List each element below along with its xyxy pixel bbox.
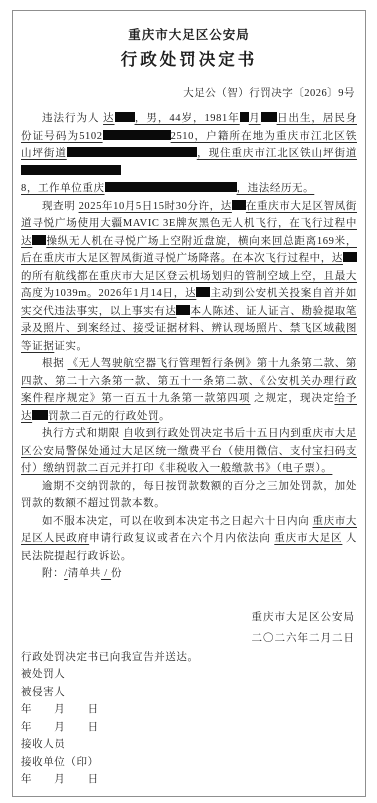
- signature-block: 重庆市大足区公安局 二〇二六年二月二日: [21, 607, 357, 649]
- paragraph-late-penalty: 逾期不交纳罚款的，每日按罚款数额的百分之三加处罚款，加处罚款的数额不超过罚款本数…: [21, 478, 357, 513]
- paragraph-offender-info: 违法行为人 达，男，44岁，1981年月日出生，居民身份证号码为51022510…: [21, 110, 357, 180]
- paragraph-attachment: 附：/清单共 / 份: [21, 565, 357, 583]
- text-segment: 逾期不交纳罚款的，每日按罚款数额的百分之三加处罚款，加处罚款的数额不超过罚款本数…: [21, 481, 357, 510]
- text-segment: 份: [111, 568, 122, 579]
- redaction-bar: [105, 147, 197, 157]
- redaction-bar: [232, 200, 246, 210]
- text-segment: 月: [249, 113, 261, 124]
- date-blank-receiver: 年 月 日: [21, 771, 357, 789]
- paragraph-legal-basis: 根据 《无人驾驶航空器飞行管理暂行条例》第十九条第二款、第四款、第二十六条第一款…: [21, 355, 357, 425]
- text-segment: 。: [159, 411, 170, 422]
- redaction-bar: [103, 130, 171, 140]
- date-blank-punished: 年 月 日: [21, 701, 357, 719]
- redaction-bar: [67, 147, 105, 157]
- attachment-label: 附：: [42, 568, 64, 579]
- redaction-bar: [32, 410, 48, 420]
- delivery-statement: 行政处罚决定书已向我宣告并送达。: [21, 649, 357, 667]
- document-page: 重庆市大足区公安局 行政处罚决定书 大足公（智）行罚决字〔2026〕9号 违法行…: [12, 10, 366, 797]
- delivery-section: 行政处罚决定书已向我宣告并送达。 被处罚人 被侵害人 年 月 日 年 月 日 接…: [21, 649, 357, 789]
- text-segment: ，男，44岁，1981年: [135, 113, 240, 124]
- receiver-label: 接收人员: [21, 736, 357, 754]
- offender-label: 违法行为人: [42, 113, 103, 124]
- paragraph-appeal-rights: 如不服本决定，可以在收到本决定书之日起六十日内向 重庆市大足区人民政府申请行政复…: [21, 513, 357, 566]
- redaction-bar: [32, 235, 46, 245]
- redaction-bar: [343, 252, 357, 262]
- legal-basis-label: 根据: [42, 358, 68, 369]
- header-agency: 重庆市大足区公安局: [21, 25, 357, 43]
- redaction-bar: [240, 112, 249, 122]
- text-segment: 重庆市大足区: [274, 533, 342, 544]
- redaction-bar: [196, 287, 210, 297]
- text-segment: 证实。: [54, 341, 87, 352]
- signature-agency: 重庆市大足区公安局: [21, 607, 355, 628]
- signature-date: 二〇二六年二月二日: [21, 628, 355, 649]
- text-segment: 操纵无人机在寻悦广场上空附近盘旋，横向来回总距离169米，后在重庆市大足区智凤街…: [21, 236, 357, 265]
- text-segment: ，违法经历无。: [237, 183, 315, 194]
- text-segment: 8，工作单位重庆: [21, 183, 105, 194]
- redaction-bar: [115, 112, 135, 122]
- punished-person-label: 被处罚人: [21, 666, 357, 684]
- text-segment: 2025年10月5日15时30分许，达: [79, 201, 232, 212]
- text-segment: 如不服本决定，可以在收到本决定书之日起六十日内向: [42, 516, 313, 527]
- attachment-count-mark: /: [101, 568, 111, 579]
- doc-number: 大足公（智）行罚决字〔2026〕9号: [21, 85, 355, 100]
- text-segment: ，现住重庆市江北区铁山坪街道: [197, 148, 357, 159]
- date-blank-victim: 年 月 日: [21, 719, 357, 737]
- text-segment: 达: [103, 113, 115, 124]
- receiving-unit-label: 接收单位（印）: [21, 754, 357, 772]
- redaction-bar: [261, 112, 277, 122]
- paragraph-execution: 执行方式和期限 自收到行政处罚决定书后十五日内到重庆市大足区公安局警保处通过大足…: [21, 425, 357, 478]
- text-segment: 清单共: [68, 568, 101, 579]
- victim-label: 被侵害人: [21, 684, 357, 702]
- text-segment: 申请行政复议或者在六个月内依法向: [89, 533, 274, 544]
- paragraph-findings: 现查明 2025年10月5日15时30分许，达在重庆市大足区智凤街道寻悦广场使用…: [21, 198, 357, 356]
- paragraph-work-unit: 8，工作单位重庆，违法经历无。: [21, 180, 357, 198]
- findings-label: 现查明: [42, 201, 79, 212]
- redaction-bar: [21, 165, 121, 175]
- execution-label: 执行方式和期限: [42, 428, 123, 439]
- redaction-bar: [176, 305, 190, 315]
- text-segment: 之规定，现决定: [251, 393, 335, 404]
- text-segment: 罚款二百元的行政处罚: [48, 411, 159, 422]
- doc-title: 行政处罚决定书: [21, 46, 357, 70]
- redaction-bar: [105, 182, 237, 192]
